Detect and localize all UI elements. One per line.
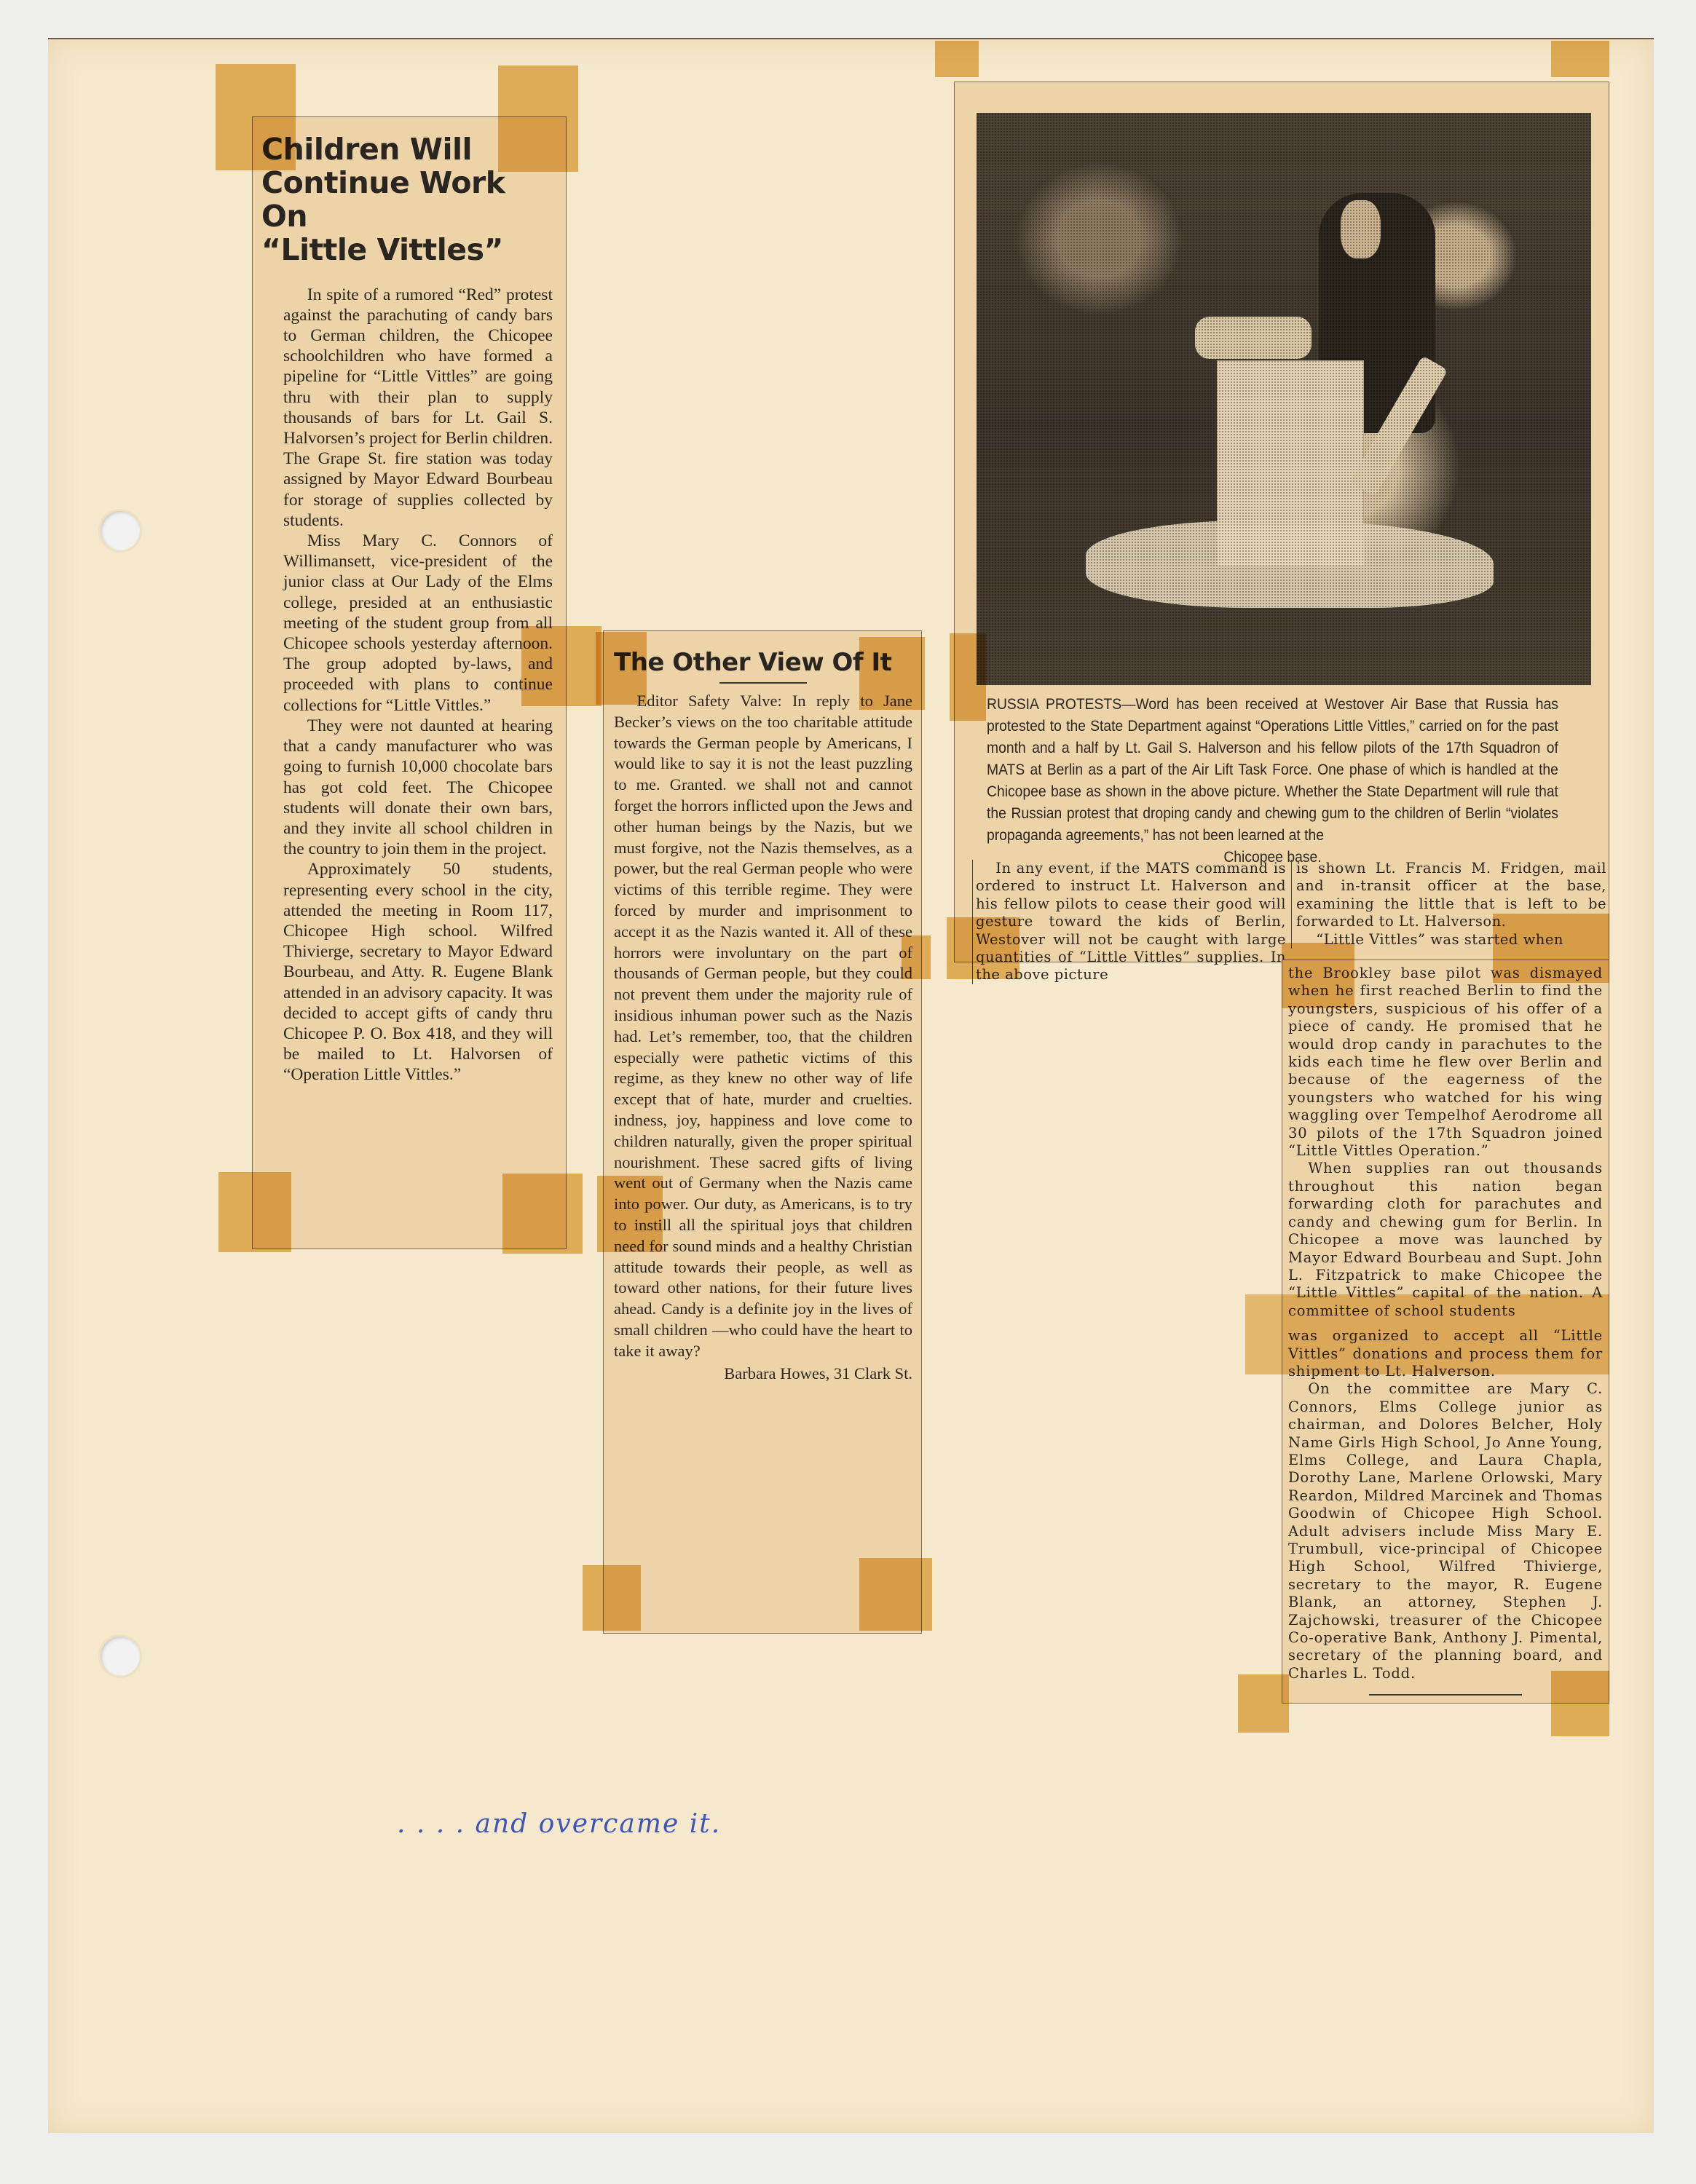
- photo-carton: [1217, 360, 1364, 566]
- handwritten-note: . . . . and overcame it.: [397, 1809, 721, 1839]
- tape: [902, 935, 931, 979]
- tape: [1282, 943, 1354, 1008]
- photo-face: [1341, 200, 1381, 258]
- tape: [947, 917, 1019, 979]
- photo-caption: RUSSIA PROTESTS—Word has been received a…: [987, 694, 1562, 869]
- tape: [502, 1174, 583, 1254]
- paragraph: Approximately 50 students, representing …: [283, 859, 553, 1085]
- paragraph: On the committee are Mary C. Connors, El…: [1288, 1380, 1603, 1682]
- tape: [216, 64, 296, 170]
- paragraph: In any event, if the MATS command is ord…: [976, 860, 1286, 984]
- end-rule: [1369, 1694, 1522, 1696]
- tape: [935, 41, 979, 77]
- clipping-russia-protests: RUSSIA PROTESTS—Word has been received a…: [954, 82, 1609, 962]
- tape: [859, 1558, 932, 1631]
- photo-box-lid: [1195, 317, 1312, 359]
- tape: [583, 1565, 641, 1631]
- punch-hole-bottom: [100, 1637, 140, 1676]
- headline-line-3: “Little Vittles”: [261, 234, 553, 267]
- salutation: Editor Safety Valve:: [637, 692, 782, 710]
- news-photo: [977, 113, 1591, 685]
- paragraph: Miss Mary C. Connors of Willimansett, vi…: [283, 531, 553, 716]
- tape: [498, 66, 578, 172]
- paragraph: They were not daunted at hearing that a …: [283, 716, 553, 859]
- punch-hole-top: [100, 511, 140, 550]
- tape: [1238, 1674, 1289, 1733]
- letter-body: Editor Safety Valve: In reply to Jane Be…: [614, 691, 912, 1384]
- letter-text: In reply to Jane Becker’s views on the t…: [614, 692, 912, 1360]
- headline-line-2: Continue Work On: [261, 167, 553, 234]
- caption-lead: RUSSIA PROTESTS—: [987, 696, 1135, 713]
- tape: [859, 637, 925, 710]
- paragraph: In spite of a rumored “Red” protest agai…: [283, 285, 553, 531]
- tape: [1493, 914, 1609, 983]
- tape: [1245, 1294, 1609, 1374]
- signature: Barbara Howes, 31 Clark St.: [614, 1364, 912, 1385]
- tape: [1551, 1671, 1609, 1736]
- photo-tube: [1350, 355, 1448, 496]
- tape: [521, 626, 602, 706]
- photo-parachute-packages: [1086, 521, 1494, 608]
- divider: [719, 682, 807, 684]
- caption-text: Word has been received at Westover Air B…: [987, 696, 1558, 844]
- tape: [596, 632, 647, 705]
- article-body: In spite of a rumored “Red” protest agai…: [283, 285, 553, 1085]
- photo-figure: [1319, 193, 1435, 433]
- tape: [1551, 41, 1609, 77]
- tape: [597, 1176, 663, 1252]
- tape: [218, 1172, 291, 1252]
- tape: [950, 633, 986, 721]
- clipping-children-will-continue: Children Will Continue Work On “Little V…: [252, 116, 567, 1249]
- clipping-other-view: The Other View Of It Editor Safety Valve…: [603, 630, 922, 1634]
